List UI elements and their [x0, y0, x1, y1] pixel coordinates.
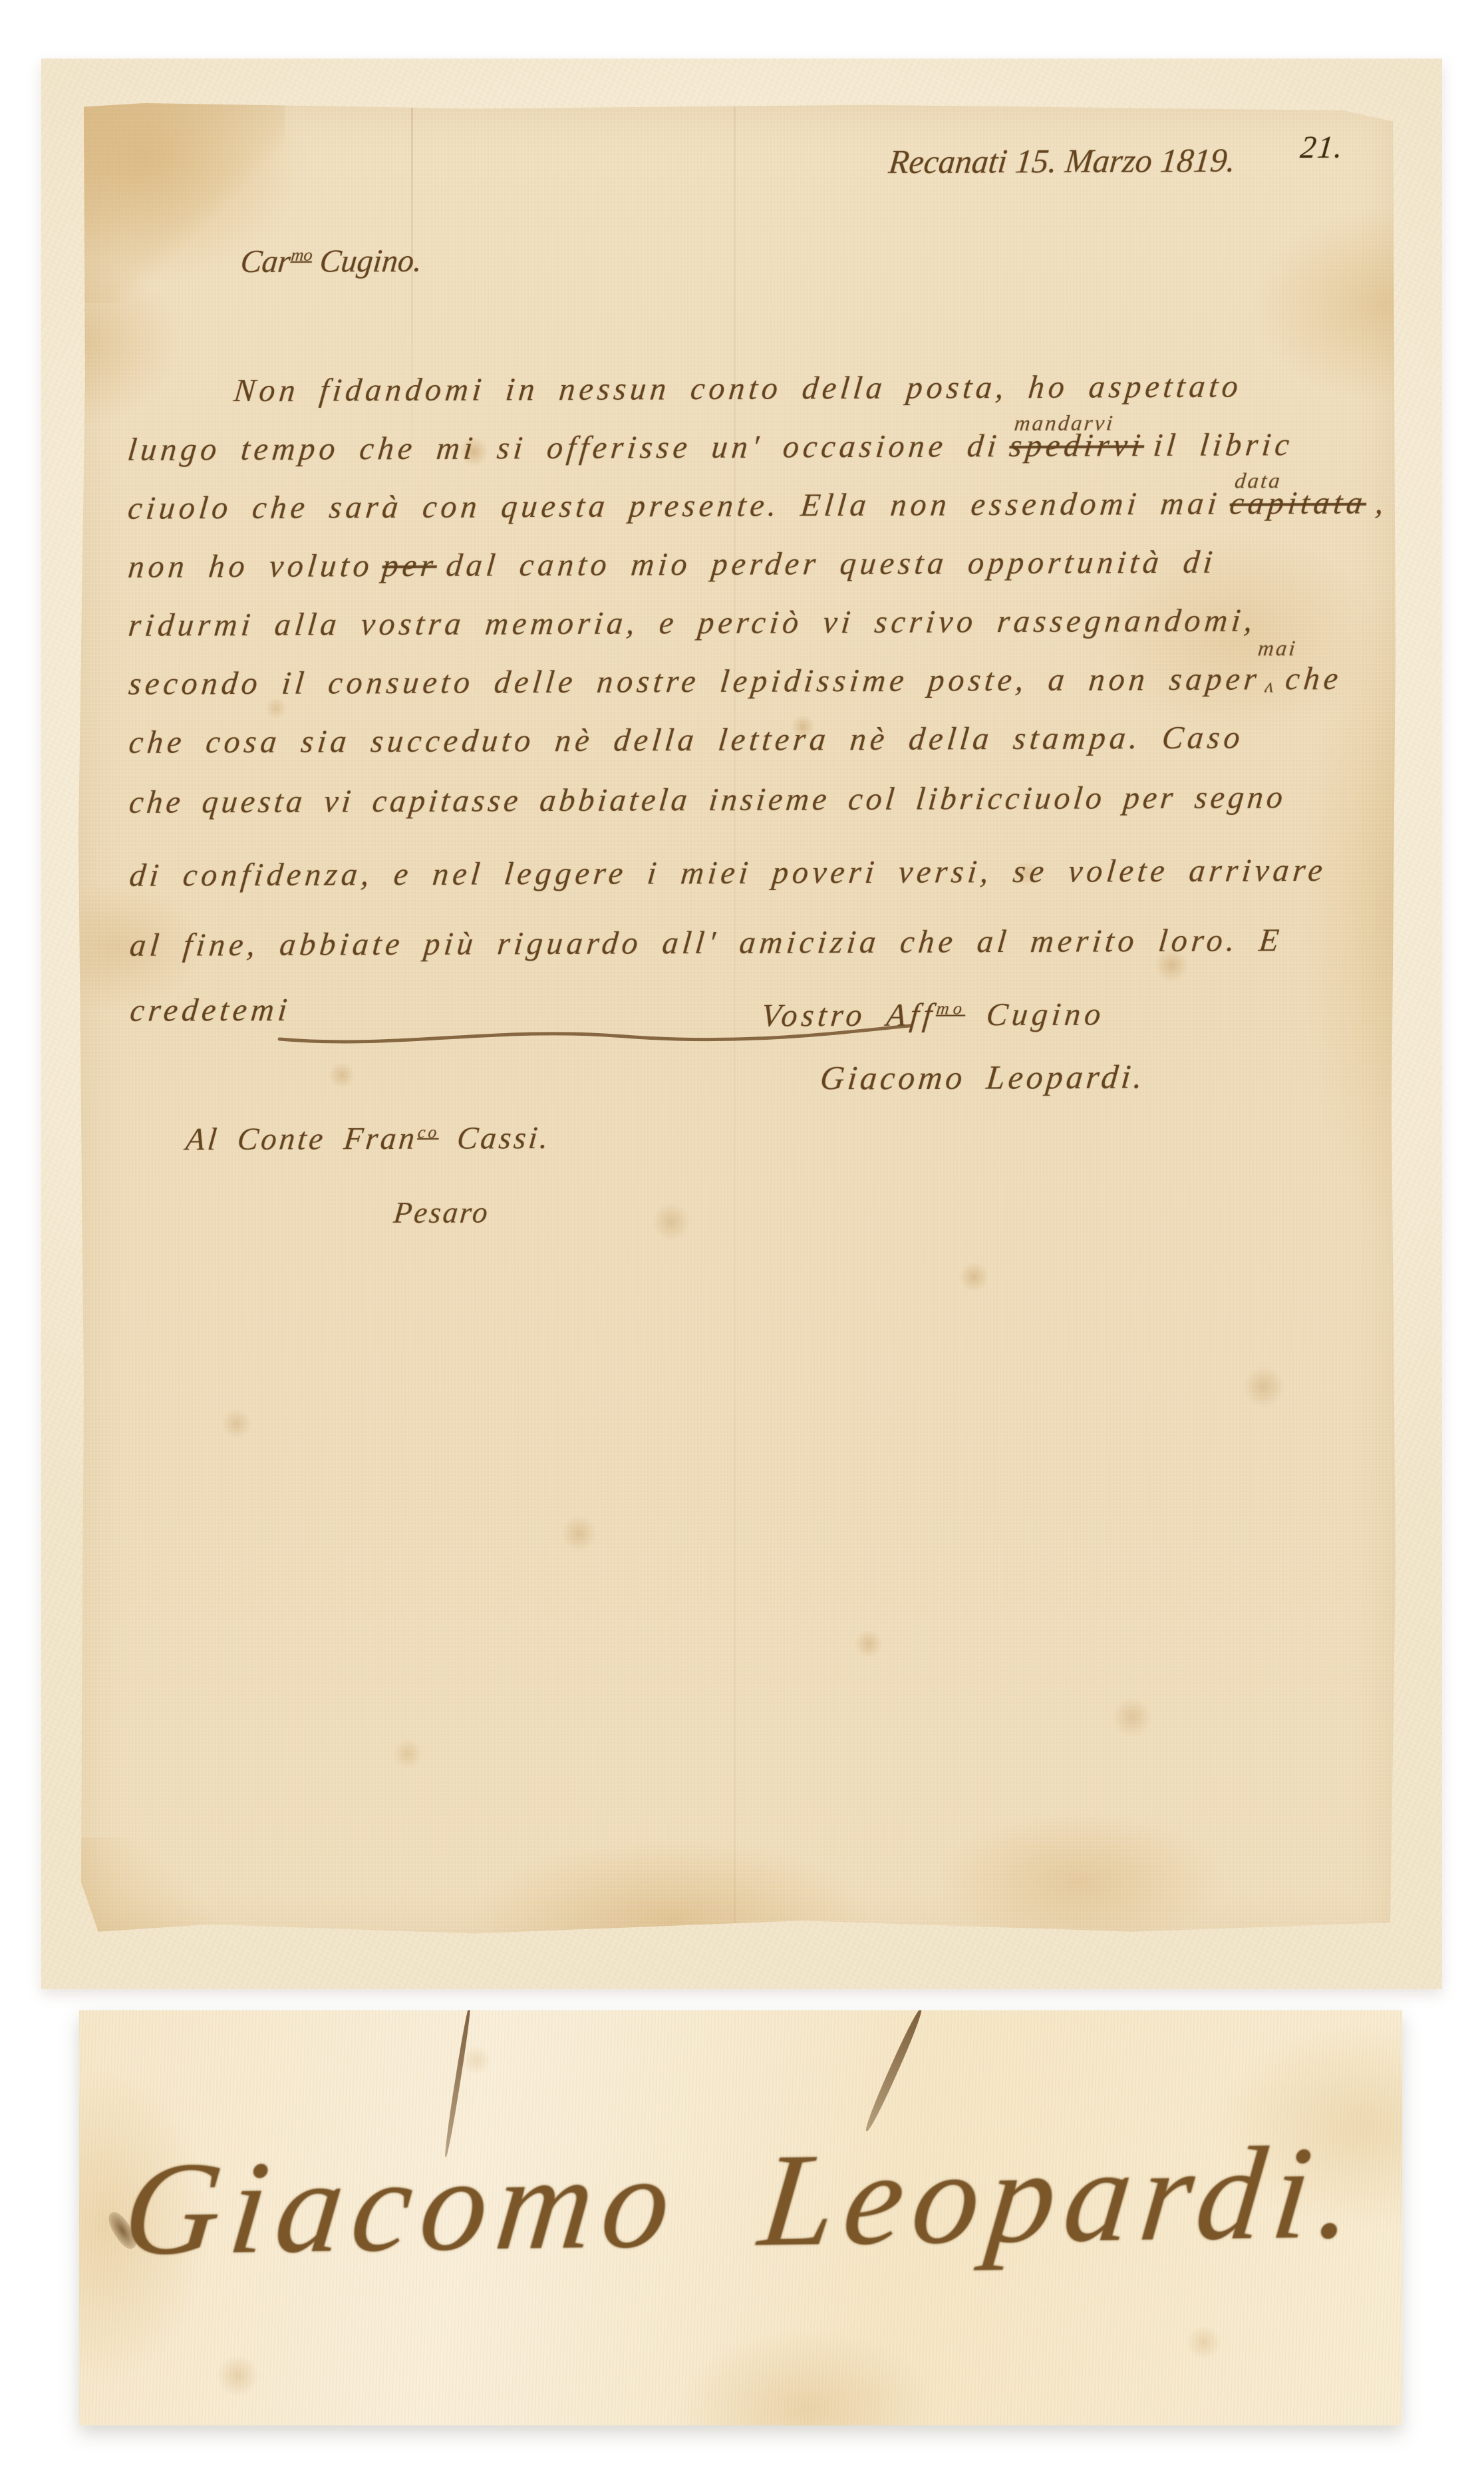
- closing-line: Vostro Affmo Cugino: [760, 997, 1106, 1034]
- body-line-3: ciuolo che sarà con questa presente. Ell…: [126, 485, 1390, 527]
- body-line-8: che questa vi capitasse abbiatela insiem…: [128, 779, 1288, 821]
- body-line-11: credetemi: [128, 992, 293, 1029]
- closing-superscript: mo: [935, 998, 966, 1018]
- page: 21. Recanati 15. Marzo 1819. Carmo Cugin…: [0, 0, 1484, 2472]
- closing-text: Cugino: [964, 997, 1107, 1033]
- address-city: Pesaro: [392, 1195, 491, 1231]
- inserted-word: mai: [1257, 637, 1298, 661]
- inserted-word: data: [1233, 469, 1282, 494]
- line-text: il libric: [1152, 427, 1295, 463]
- letter-photo: 21. Recanati 15. Marzo 1819. Carmo Cugin…: [41, 59, 1442, 1989]
- struck-word: per: [380, 548, 438, 583]
- line-text: ,: [1374, 486, 1390, 521]
- signature-crop-photo: Giacomo Leopardi.: [79, 2010, 1402, 2425]
- closing-text: Vostro Aff: [760, 998, 937, 1034]
- signature: Giacomo Leopardi.: [819, 1057, 1148, 1097]
- archive-number: 21.: [1298, 130, 1345, 166]
- address-text: Cassi.: [437, 1121, 552, 1156]
- address-text: Al Conte Fran: [184, 1122, 419, 1158]
- line-text: dal canto mio perder questa opportunità …: [444, 545, 1218, 583]
- signature-enlarged: Giacomo Leopardi.: [118, 2126, 1370, 2276]
- letter-paper: 21. Recanati 15. Marzo 1819. Carmo Cugin…: [78, 103, 1396, 1937]
- body-line-7: che cosa sia succeduto nè della lettera …: [127, 720, 1245, 761]
- body-line-2: lungo tempo che mi si offerisse un' occa…: [126, 426, 1294, 468]
- caret-mark: ʌ: [1264, 675, 1279, 697]
- body-line-10: al fine, abbiate più riguardo all' amici…: [128, 922, 1284, 964]
- body-line-6: secondo il consueto delle nostre lepidis…: [127, 661, 1344, 702]
- address-superscript: co: [417, 1122, 440, 1142]
- salutation-superscript: mo: [290, 245, 313, 265]
- body-line-4: non ho volutoperdal canto mio perder que…: [126, 544, 1218, 585]
- correction: per: [380, 547, 439, 584]
- line-text: lungo tempo che mi si offerisse un' occa…: [126, 428, 1002, 468]
- body-line-9: di confidenza, e nel leggere i miei pove…: [128, 852, 1328, 894]
- inserted-word: mandarvi: [1013, 412, 1115, 437]
- salutation: Carmo Cugino.: [239, 243, 424, 280]
- dateline: Recanati 15. Marzo 1819.: [887, 141, 1238, 181]
- line-text: che: [1284, 661, 1344, 696]
- stroke-fragment: [863, 2010, 925, 2133]
- letter-text: 21. Recanati 15. Marzo 1819. Carmo Cugin…: [74, 100, 1400, 1940]
- line-text: ciuolo che sarà con questa presente. Ell…: [126, 486, 1223, 526]
- body-line-1: Non fidandomi in nessun conto della post…: [232, 369, 1244, 410]
- salutation-text: Cugino.: [310, 243, 424, 279]
- line-text: non ho voluto: [126, 548, 374, 585]
- line-text: secondo il consueto delle nostre lepidis…: [127, 662, 1262, 702]
- salutation-text: Car: [239, 244, 292, 279]
- correction: mandarvispedirvi: [1008, 427, 1146, 464]
- address-recipient: Al Conte Franco Cassi.: [184, 1120, 552, 1158]
- body-line-5: ridurmi alla vostra memoria, e perciò vi…: [127, 603, 1259, 644]
- correction: datacapitata: [1228, 485, 1368, 522]
